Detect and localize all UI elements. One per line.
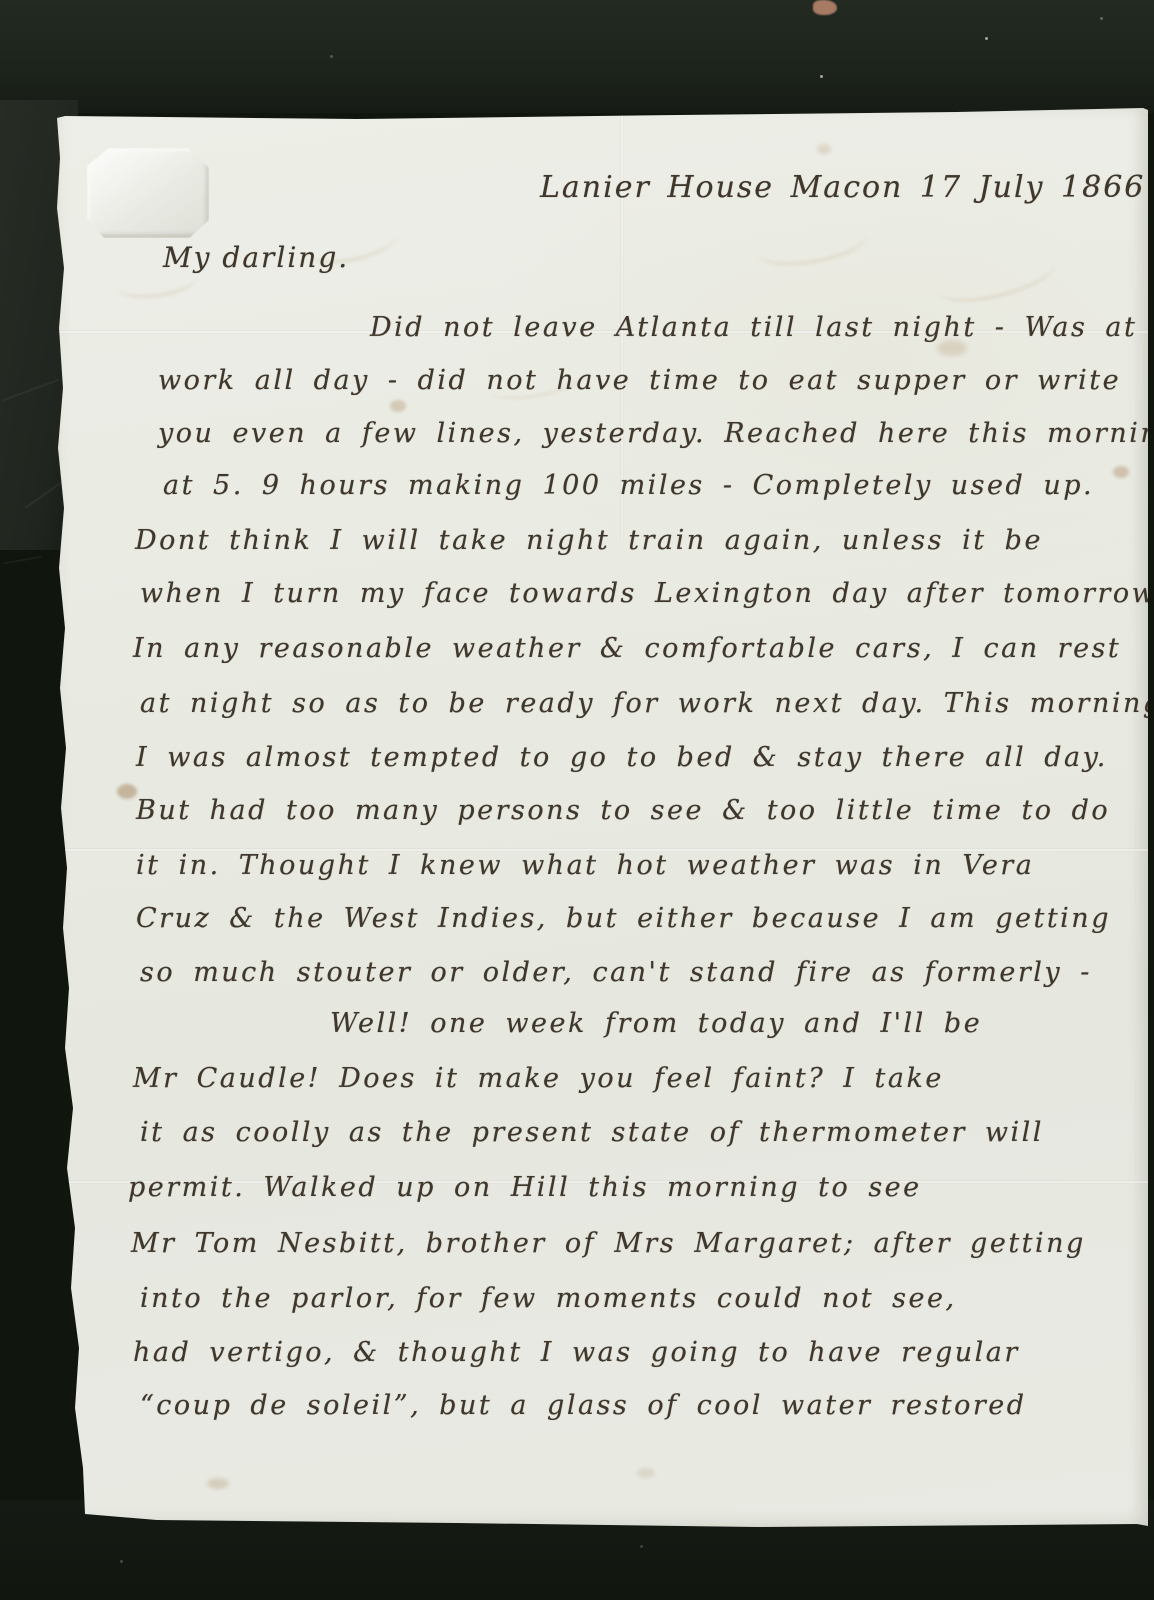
dust-speck <box>820 75 823 78</box>
ink-bleedthrough <box>755 217 870 273</box>
letter-body-line: permit. Walked up on Hill this morning t… <box>128 1172 922 1203</box>
letter-body-line: so much stouter or older, can't stand fi… <box>140 957 1092 988</box>
letter-body-line: Mr Caudle! Does it make you feel faint? … <box>133 1063 944 1094</box>
stain-spot <box>390 400 406 412</box>
red-ink-mark <box>813 0 837 15</box>
stain-spot <box>207 1478 229 1489</box>
letter-body-line: at night so as to be ready for work next… <box>140 688 1154 719</box>
letter-body-line: at 5. 9 hours making 100 miles - Complet… <box>163 470 1094 501</box>
stain-spot <box>637 1468 655 1478</box>
letter-body-line: into the parlor, for few moments could n… <box>140 1283 957 1314</box>
letter-body-line: it as coolly as the present state of the… <box>140 1117 1044 1148</box>
dust-speck <box>120 1560 123 1563</box>
letter-body-line: when I turn my face towards Lexington da… <box>140 578 1154 609</box>
letter-body-line: Well! one week from today and I'll be <box>330 1008 982 1039</box>
dust-speck <box>640 1545 643 1548</box>
ink-bleedthrough <box>934 244 1060 311</box>
letter-body-line: “coup de soleil”, but a glass of cool wa… <box>140 1390 1027 1421</box>
letter-body-line: work all day - did not have time to eat … <box>158 365 1121 396</box>
letter-body-line: But had too many persons to see & too li… <box>136 795 1110 826</box>
letter-body-line: it in. Thought I knew what hot weather w… <box>136 850 1034 881</box>
embossed-stationery-stamp <box>87 148 209 238</box>
letter-heading: Lanier House Macon 17 July 1866 <box>540 170 1145 205</box>
dust-speck <box>985 37 988 40</box>
stain-spot <box>817 144 831 154</box>
letter-salutation: My darling. <box>163 241 349 274</box>
letter-body-line: I was almost tempted to go to bed & stay… <box>136 742 1108 773</box>
letter-body-line: Mr Tom Nesbitt, brother of Mrs Margaret;… <box>131 1228 1086 1259</box>
dust-speck <box>330 55 333 58</box>
backdrop-top-band <box>0 0 1154 113</box>
letter-body-line: Did not leave Atlanta till last night - … <box>370 312 1137 343</box>
dust-speck <box>1100 17 1103 20</box>
letter-body-line: In any reasonable weather & comfortable … <box>133 633 1121 664</box>
letter-body-line: had vertigo, & thought I was going to ha… <box>133 1337 1020 1368</box>
letter-paper: Lanier House Macon 17 July 1866 My darli… <box>57 108 1148 1530</box>
letter-body-line: you even a few lines, yesterday. Reached… <box>158 418 1154 449</box>
stain-spot <box>117 784 137 799</box>
backdrop-scratch <box>3 556 43 565</box>
letter-body-line: Dont think I will take night train again… <box>135 525 1043 556</box>
stain-spot <box>1113 466 1129 478</box>
letter-body-line: Cruz & the West Indies, but either becau… <box>136 903 1111 934</box>
